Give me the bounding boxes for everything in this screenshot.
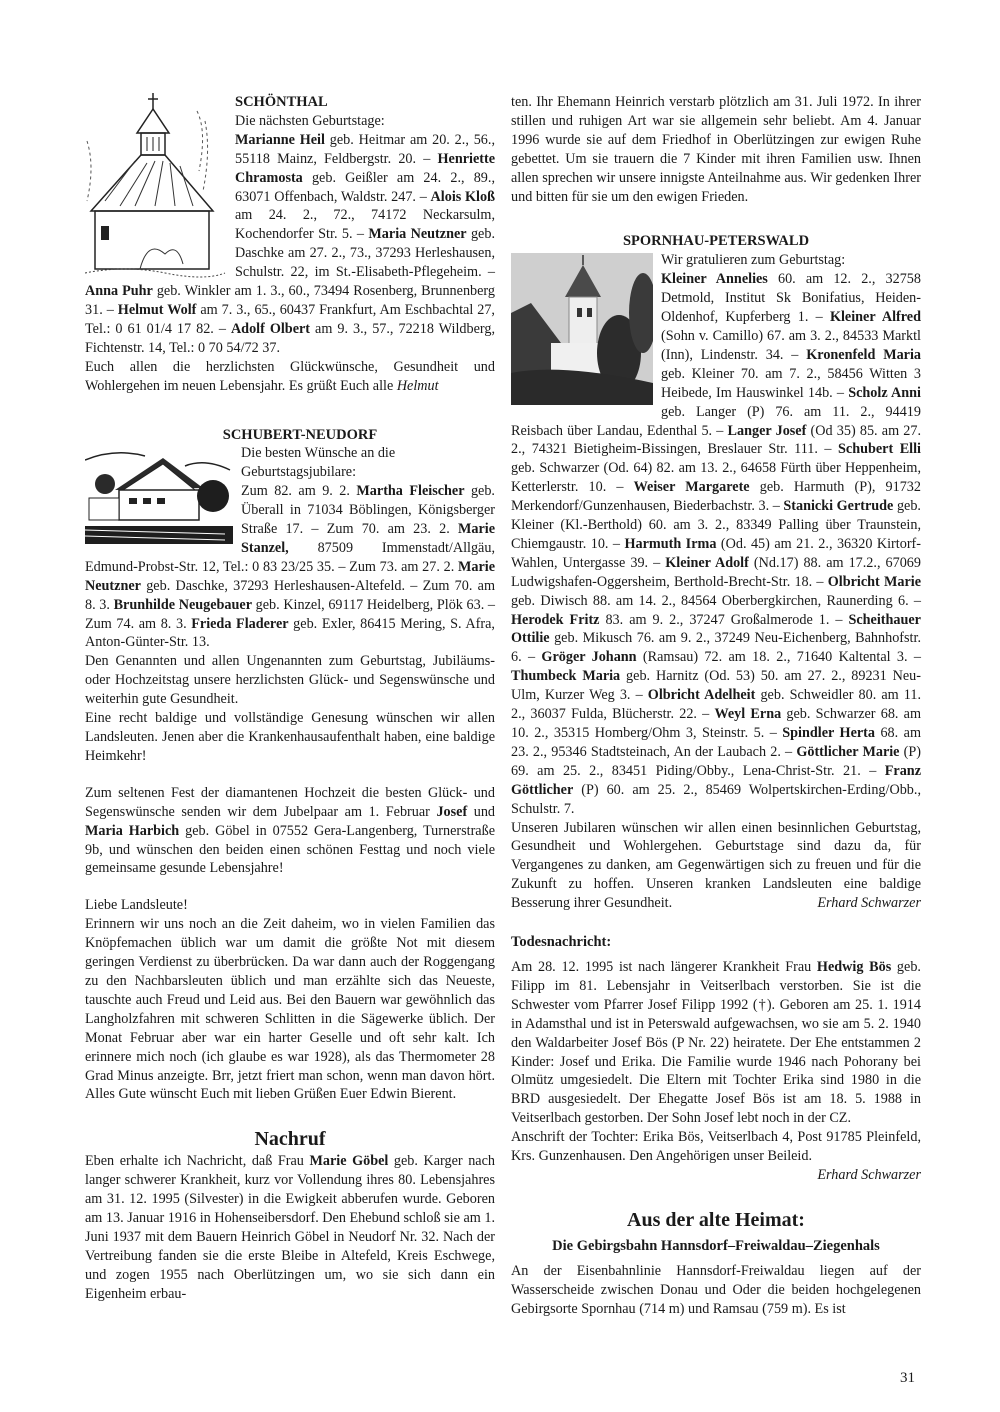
chapel-icon xyxy=(85,91,227,281)
section-heading: SPORNHAU-PETERSWALD xyxy=(511,232,921,251)
spacer xyxy=(85,878,495,896)
signature: Erhard Schwarzer xyxy=(817,894,921,913)
section-spornhau-peterswald: SPORNHAU-PETERSWALD Wir gratulieren zum … xyxy=(511,232,921,913)
person-name: Weiser Margarete xyxy=(634,479,750,495)
entry-text: Zum 82. am 9. 2. xyxy=(241,483,356,499)
closing-text: Euch allen die herzlichsten Glückwünsche… xyxy=(85,358,495,396)
entry-text: (Ramsau) 72. am 18. 2., 71640 Kaltental … xyxy=(637,649,921,665)
person-name: Langer Josef xyxy=(728,423,807,439)
right-column: ten. Ihr Ehemann Heinrich verstarb plötz… xyxy=(511,93,921,1318)
wishes-text: Den Genannten und allen Ungenannten zum … xyxy=(85,652,495,709)
section-heimat: Aus der alte Heimat: Die Gebirgsbahn Han… xyxy=(511,1207,921,1319)
section-heading: Aus der alte Heimat: xyxy=(511,1207,921,1233)
entry-text: (P) 60. am 25. 2., 85469 Wolpertskirchen… xyxy=(511,782,921,817)
section-heading: SCHUBERT-NEUDORF xyxy=(85,426,495,445)
section-schoenthal: SCHÖNTHAL Die nächsten Geburtstage: Mari… xyxy=(85,93,495,396)
letter-greeting: Liebe Landsleute! xyxy=(85,896,495,915)
person-name: Kleiner Adolf xyxy=(665,555,749,571)
person-name: Harmuth Irma xyxy=(624,536,716,552)
person-name: Spindler Herta xyxy=(782,725,875,741)
letter-body: Erinnern wir uns noch an die Zeit daheim… xyxy=(85,915,495,1104)
person-name: Alois Kloß xyxy=(431,189,495,205)
person-name: Marie Göbel xyxy=(309,1153,388,1169)
person-name: Thumbeck Maria xyxy=(511,668,620,684)
address-text: Anschrift der Tochter: Erika Bös, Veitse… xyxy=(511,1128,921,1166)
spacer xyxy=(85,766,495,784)
person-name: Martha Fleischer xyxy=(356,483,464,499)
section-schubert-neudorf: SCHUBERT-NEUDORF Die besten Wünsche an d… xyxy=(85,426,495,1105)
signature: Helmut xyxy=(397,378,439,394)
text: Zum seltenen Fest der diamantenen Hochze… xyxy=(85,785,495,820)
section-heading: Todesnachricht: xyxy=(511,933,921,952)
person-name: Kleiner Annelies xyxy=(661,271,768,287)
section-todesnachricht: Todesnachricht: Am 28. 12. 1995 ist nach… xyxy=(511,933,921,1185)
entry-text: geb. Diwisch 88. am 14. 2., 84564 Oberbe… xyxy=(511,593,921,609)
entry-text: 83. am 9. 2., 37247 Großalmerode 1. – xyxy=(599,612,848,628)
person-name: Kronenfeld Maria xyxy=(806,347,921,363)
person-name: Weyl Erna xyxy=(714,706,781,722)
left-column: SCHÖNTHAL Die nächsten Geburtstage: Mari… xyxy=(85,93,495,1304)
obituary-text: Eben erhalte ich Nachricht, daß Frau Mar… xyxy=(85,1152,495,1303)
section-heading: Nachruf xyxy=(85,1126,495,1152)
person-name: Scholz Anni xyxy=(848,385,921,401)
person-name: Gröger Johann xyxy=(541,649,636,665)
text: geb. Karger nach langer schwerer Krankhe… xyxy=(85,1153,495,1301)
get-well-text: Eine recht baldige und vollständige Gene… xyxy=(85,709,495,766)
person-name: Marianne Heil xyxy=(235,132,325,148)
farmhouse-illustration xyxy=(85,448,233,544)
farmhouse-icon xyxy=(85,448,233,544)
church-photo xyxy=(511,253,653,405)
spacer xyxy=(511,206,921,232)
person-name: Herodek Fritz xyxy=(511,612,599,628)
person-name: Frieda Fladerer xyxy=(191,616,288,632)
entry-text: 87509 Immenstadt/Allgäu, Edmund-Probst-S… xyxy=(85,540,495,575)
person-name: Stanicki Gertrude xyxy=(783,498,893,514)
spacer xyxy=(85,1104,495,1126)
person-name: Adolf Olbert xyxy=(231,321,310,337)
signature: Erhard Schwarzer xyxy=(511,1166,921,1185)
person-name: Helmut Wolf xyxy=(118,302,197,318)
text: Am 28. 12. 1995 ist nach längerer Krankh… xyxy=(511,959,817,975)
person-name: Kleiner Alfred xyxy=(830,309,921,325)
page-number: 31 xyxy=(900,1370,915,1387)
person-name: Hedwig Bös xyxy=(817,959,891,975)
spacer xyxy=(511,1185,921,1207)
text: Eben erhalte ich Nachricht, daß Frau xyxy=(85,1153,309,1169)
person-name: Olbricht Marie xyxy=(828,574,921,590)
person-name: Olbricht Adelheit xyxy=(648,687,756,703)
chapel-illustration xyxy=(85,91,227,281)
obituary-continued: ten. Ihr Ehemann Heinrich verstarb plötz… xyxy=(511,93,921,206)
closing-text: Unseren Jubilaren wünschen wir allen ein… xyxy=(511,819,921,914)
spacer xyxy=(85,396,495,426)
person-name: Anna Puhr xyxy=(85,283,153,299)
section-subheading: Die Gebirgsbahn Hannsdorf–Freiwaldau–Zie… xyxy=(511,1237,921,1256)
person-name: Maria Neutzner xyxy=(368,226,466,242)
person-name: Göttlicher Marie xyxy=(796,744,899,760)
person-name: Brunhilde Neugebauer xyxy=(114,597,252,613)
person-name: Maria Harbich xyxy=(85,823,179,839)
church-photo-icon xyxy=(511,253,653,405)
section-nachruf: Nachruf Eben erhalte ich Nachricht, daß … xyxy=(85,1126,495,1303)
spacer xyxy=(511,913,921,933)
text: geb. Filipp im 81. Lebensjahr in Veitser… xyxy=(511,959,921,1126)
person-name: Josef xyxy=(436,804,467,820)
text: und xyxy=(467,804,495,820)
diamond-wedding-text: Zum seltenen Fest der diamantenen Hochze… xyxy=(85,784,495,879)
person-name: Schubert Elli xyxy=(838,441,921,457)
article-text: An der Eisenbahnlinie Hannsdorf-Freiwald… xyxy=(511,1262,921,1319)
death-notice-text: Am 28. 12. 1995 ist nach längerer Krankh… xyxy=(511,958,921,1128)
